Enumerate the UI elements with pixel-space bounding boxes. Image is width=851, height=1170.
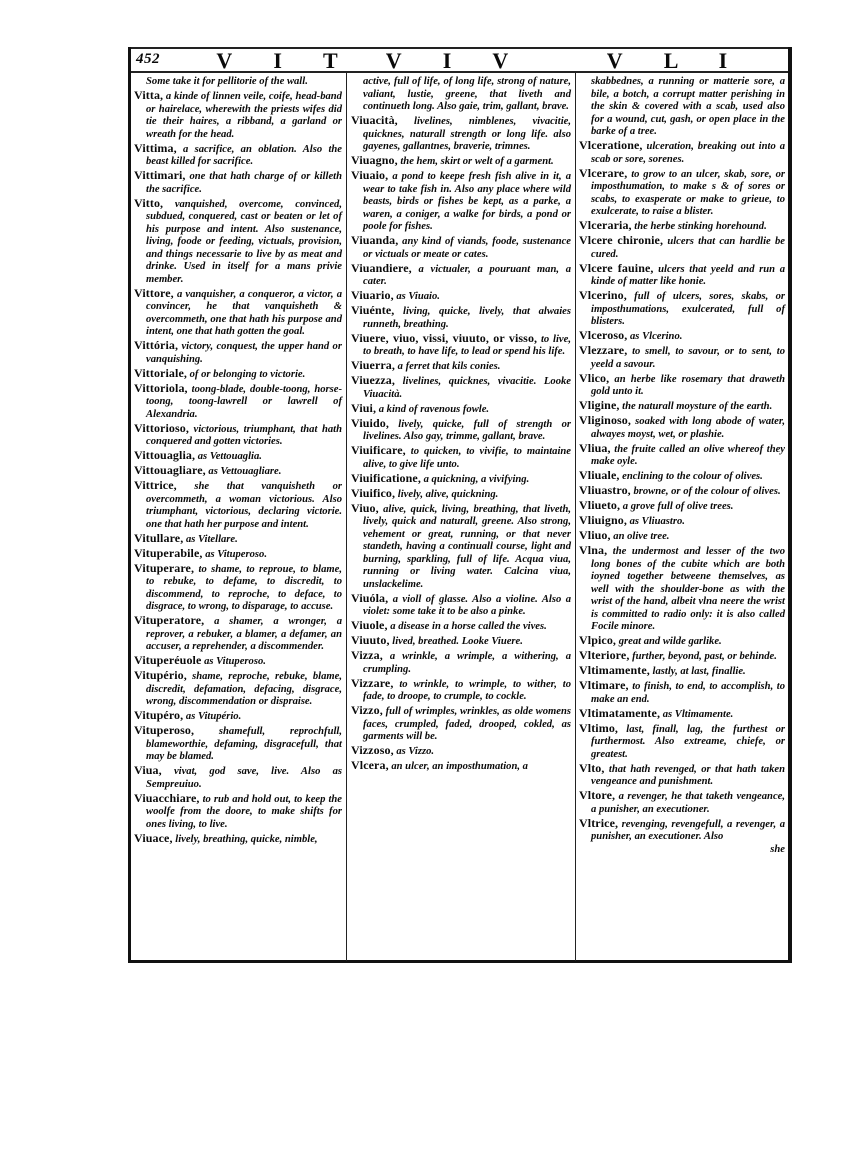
entry-headword: Vizza, [351,648,383,662]
column-1: Some take it for pellitorie of the wall.… [134,76,342,847]
entry-definition: the fruite called an olive whereof they … [591,444,785,468]
entry-definition: active, full of life, of long life, stro… [363,76,571,112]
entry-definition: a ferret that kils conies. [398,361,501,372]
dictionary-entry: Vittima, a sacrifice, an oblation. Also … [134,142,342,169]
entry-definition: further, beyond, past, or behinde. [632,651,777,662]
entry-headword: Vltimare, [579,678,629,692]
dictionary-entry: Vltimamente, lastly, at last, finallie. [579,664,785,679]
entry-headword: Viuerra, [351,358,395,372]
entry-headword: Viuido, [351,416,389,430]
dictionary-entry: Vittoriola, toong-blade, double-toong, h… [134,382,342,422]
dictionary-entry: Vitupéro, as Vitupério. [134,709,342,724]
dictionary-entry: Vittore, a vanquisher, a conqueror, a vi… [134,287,342,339]
dictionary-entry: Vligine, the naturall moysture of the ea… [579,399,785,414]
dictionary-entry: Vltore, a revenger, he that taketh venge… [579,789,785,816]
dictionary-entry: Viuificatione, a quickning, a vivifying. [351,472,571,487]
dictionary-entry: Vitullare, as Vitellare. [134,532,342,547]
entry-definition: alive, quick, living, breathing, that li… [363,504,571,590]
dictionary-entry: Vituperatore, a shamer, a wronger, a rep… [134,614,342,654]
catchword: she [579,844,785,857]
entry-headword: Viuacchiare, [134,791,200,805]
dictionary-entry: Vituperabile, as Vituperoso. [134,547,342,562]
entry-definition: lived, breathed. Looke Viuere. [392,636,523,647]
entry-definition: an ulcer, an imposthumation, a [391,761,528,772]
entry-headword: Vltimatamente, [579,706,660,720]
entry-headword: Viuaio, [351,168,388,182]
entry-headword: Viuanda, [351,233,398,247]
entry-headword: Vitto, [134,196,163,210]
entry-definition: a pond to keepe fresh fish alive in it, … [363,171,571,232]
entry-headword: Vittouaglia, [134,448,195,462]
entry-definition: skabbednes, a running or matterie sore, … [591,76,785,137]
dictionary-entry: Viuere, viuo, vissi, viuuto, or visso, t… [351,332,571,359]
entry-definition: as Vituperoso. [204,656,266,667]
dictionary-entry: Vituperare, to shame, to reproue, to bla… [134,562,342,614]
entry-headword: Viuificare, [351,443,406,457]
entry-definition: full of wrimples, wrinkles, as olde wome… [363,706,571,742]
entry-headword: Vituperatore, [134,613,204,627]
running-head-1: V I T [211,48,361,74]
dictionary-entry: Vlcerino, full of ulcers, sores, skabs, … [579,289,785,329]
dictionary-entry: Viuole, a disease in a horse called the … [351,619,571,634]
dictionary-entry: active, full of life, of long life, stro… [351,76,571,114]
entry-headword: Viuo, [351,501,379,515]
entry-definition: a violl of glasse. Also a violine. Also … [363,594,571,618]
entry-definition: vanquished, overcome, convinced, subdued… [146,199,342,285]
dictionary-entry: Vittorioso, victorious, triumphant, that… [134,422,342,449]
dictionary-entry: Vliginoso, soaked with long abode of wat… [579,414,785,441]
entry-definition: a disease in a horse called the vives. [390,621,547,632]
dictionary-entry: Vlto, that hath revenged, or that hath t… [579,762,785,789]
entry-headword: Vittória, [134,338,178,352]
entry-headword: Vlcere fauine, [579,261,654,275]
dictionary-entry: Vlceroso, as Vlcerino. [579,329,785,344]
entry-headword: Vituperare, [134,561,194,575]
dictionary-entry: Viuaio, a pond to keepe fresh fish alive… [351,169,571,234]
entry-headword: Vltimo, [579,721,618,735]
entry-definition: revenging, revengefull, a revenger, a pu… [591,819,785,843]
entry-headword: Vituperéuole [134,653,201,667]
entry-headword: Vittimari, [134,168,186,182]
entry-definition: to wrinkle, to wrimple, to wither, to fa… [363,679,571,703]
entry-headword: Vittrice, [134,478,177,492]
entry-definition: lively, alive, quickning. [398,489,499,500]
dictionary-entry: Viuacità, livelines, nimblenes, vivaciti… [351,114,571,154]
entry-definition: as Vettouagliare. [208,466,281,477]
entry-headword: Viuóla, [351,591,388,605]
page-header: 452 V I T V I V V L I [131,49,788,71]
entry-headword: Vliuigno, [579,513,627,527]
dictionary-entry: Viuifico, lively, alive, quickning. [351,487,571,502]
entry-headword: Vlteriore, [579,648,629,662]
entry-headword: Vlezzare, [579,343,627,357]
entry-definition: a grove full of olive trees. [623,501,734,512]
running-head-3: V L I [601,48,751,74]
entry-definition: as Vlcerino. [630,331,682,342]
entry-definition: as Vettouaglia. [198,451,262,462]
entry-headword: Vituperoso, [134,723,194,737]
right-border-rule [788,47,792,963]
entry-definition: last, finall, lag, the furthest or furth… [591,724,785,760]
dictionary-entry: Vliuastro, browne, or of the colour of o… [579,484,785,499]
entry-headword: Vlceraria, [579,218,632,232]
entry-definition: Some take it for pellitorie of the wall. [146,76,308,87]
page-number: 452 [136,51,160,68]
left-border-rule [128,47,131,963]
dictionary-entry: Vlcere chironie, ulcers that can hardlie… [579,234,785,261]
dictionary-entry: Vliuale, enclining to the colour of oliv… [579,469,785,484]
running-head-2: V I V [381,48,531,74]
entry-headword: Viuacità, [351,113,398,127]
dictionary-entry: Vizza, a wrinkle, a wrimple, a withering… [351,649,571,676]
entry-headword: Viuandiere, [351,261,412,275]
entry-headword: Viuagno, [351,153,398,167]
entry-headword: Vizzare, [351,676,393,690]
entry-headword: Vliueto, [579,498,620,512]
entry-headword: Vltore, [579,788,615,802]
entry-definition: an olive tree. [613,531,669,542]
entry-headword: Vlna, [579,543,607,557]
entry-headword: Vliuo, [579,528,611,542]
column-3: skabbednes, a running or matterie sore, … [579,76,785,857]
dictionary-entry: Vlpico, great and wilde garlike. [579,634,785,649]
dictionary-entry: Vittouagliare, as Vettouagliare. [134,464,342,479]
entry-definition: that hath revenged, or that hath taken v… [591,764,785,788]
dictionary-entry: Vliueto, a grove full of olive trees. [579,499,785,514]
column-divider-2 [575,73,576,961]
entry-headword: Vizzo, [351,703,383,717]
dictionary-entry: Viua, vivat, god save, live. Also as Sem… [134,764,342,791]
dictionary-entry: Vizzo, full of wrimples, wrinkles, as ol… [351,704,571,744]
dictionary-entry: Vlcere fauine, ulcers that yeeld and run… [579,262,785,289]
dictionary-entry: Vltimatamente, as Vltimamente. [579,707,785,722]
dictionary-entry: Viuacchiare, to rub and hold out, to kee… [134,792,342,832]
column-2: active, full of life, of long life, stro… [351,76,571,774]
entry-headword: Vittoriola, [134,381,188,395]
entry-headword: Vlcerino, [579,288,627,302]
entry-headword: Viui, [351,401,376,415]
entry-definition: a vanquisher, a conqueror, a victor, a c… [146,289,342,338]
entry-definition: an herbe like rosemary that draweth gold… [591,374,785,398]
bottom-rule [128,960,792,963]
dictionary-entry: Vitta, a kinde of linnen veile, coife, h… [134,89,342,141]
entry-headword: Vittore, [134,286,174,300]
dictionary-page: 452 V I T V I V V L I Some take it for p… [128,47,793,963]
entry-definition: living, quicke, lively, that alwaies run… [363,306,571,330]
entry-headword: Vitullare, [134,531,183,545]
entry-headword: Vitupério, [134,668,187,682]
entry-headword: Vittoriale, [134,366,187,380]
dictionary-entry: Some take it for pellitorie of the wall. [134,76,342,89]
dictionary-entry: Viuanda, any kind of viands, foode, sust… [351,234,571,261]
entry-headword: Vitta, [134,88,163,102]
dictionary-entry: skabbednes, a running or matterie sore, … [579,76,785,139]
entry-headword: Viuifico, [351,486,395,500]
entry-headword: Vituperabile, [134,546,203,560]
entry-definition: the naturall moysture of the earth. [622,401,772,412]
entry-definition: the undermost and lesser of the two long… [591,546,785,632]
dictionary-entry: Viuandiere, a victualer, a pouruant man,… [351,262,571,289]
entry-definition: as Viuaio. [396,291,440,302]
entry-definition: a kinde of linnen veile, coife, head-ban… [146,91,342,140]
dictionary-entry: Viuuto, lived, breathed. Looke Viuere. [351,634,571,649]
dictionary-entry: Vlcerare, to grow to an ulcer, skab, sor… [579,167,785,219]
dictionary-entry: Vltimare, to finish, to end, to accompli… [579,679,785,706]
entry-definition: vivat, god save, live. Also as Sempreuiu… [146,766,342,790]
entry-definition: lively, breathing, quicke, nimble, [175,834,317,845]
entry-definition: enclining to the colour of olives. [622,471,763,482]
dictionary-entry: Vltrice, revenging, revengefull, a reven… [579,817,785,844]
entry-headword: Vliuastro, [579,483,631,497]
entry-definition: lively, quicke, full of strength or live… [363,419,571,443]
entry-headword: Vltimamente, [579,663,650,677]
entry-headword: Viuace, [134,831,173,845]
dictionary-entry: Vlico, an herbe like rosemary that drawe… [579,372,785,399]
entry-headword: Vittima, [134,141,177,155]
entry-headword: Vlceratione, [579,138,643,152]
entry-headword: Viuole, [351,618,388,632]
entry-definition: as Vitupério. [186,711,241,722]
dictionary-entry: Viuo, alive, quick, living, breathing, t… [351,502,571,592]
dictionary-entry: Viuerra, a ferret that kils conies. [351,359,571,374]
entry-headword: Vltrice, [579,816,618,830]
dictionary-entry: Vittrice, she that vanquisheth or overco… [134,479,342,531]
dictionary-entry: Viuido, lively, quicke, full of strength… [351,417,571,444]
dictionary-entry: Viuario, as Viuaio. [351,289,571,304]
entry-definition: lastly, at last, finallie. [653,666,746,677]
entry-headword: Viuario, [351,288,394,302]
entry-headword: Vlceroso, [579,328,627,342]
entry-headword: Vlcerare, [579,166,627,180]
dictionary-entry: Vitto, vanquished, overcome, convinced, … [134,197,342,287]
entry-headword: Vitupéro, [134,708,183,722]
dictionary-entry: Vittoriale, of or belonging to victorie. [134,367,342,382]
column-divider-1 [346,73,347,961]
dictionary-entry: Vltimo, last, finall, lag, the furthest … [579,722,785,762]
entry-headword: Vizzoso, [351,743,394,757]
dictionary-entry: Vizzoso, as Vizzo. [351,744,571,759]
entry-headword: Vittouagliare, [134,463,206,477]
dictionary-entry: Viuace, lively, breathing, quicke, nimbl… [134,832,342,847]
entry-definition: a revenger, he that taketh vengeance, a … [591,791,785,815]
entry-headword: Viuuto, [351,633,390,647]
dictionary-entry: Vlceratione, ulceration, breaking out in… [579,139,785,166]
entry-headword: Vliuale, [579,468,619,482]
dictionary-entry: Vlteriore, further, beyond, past, or beh… [579,649,785,664]
dictionary-entry: Vliuigno, as Vliuastro. [579,514,785,529]
dictionary-entry: Vizzare, to wrinkle, to wrimple, to with… [351,677,571,704]
dictionary-entry: Vituperoso, shamefull, reprochfull, blam… [134,724,342,764]
dictionary-entry: Viui, a kind of ravenous fowle. [351,402,571,417]
dictionary-entry: Viuezza, livelines, quicknes, vivacitie.… [351,374,571,401]
dictionary-entry: Vittimari, one that hath charge of or ki… [134,169,342,196]
entry-headword: Vlcera, [351,758,389,772]
entry-headword: Viuénte, [351,303,394,317]
dictionary-entry: Vlezzare, to smell, to savour, or to sen… [579,344,785,371]
entry-definition: as Vltimamente. [663,709,734,720]
entry-definition: a wrinkle, a wrimple, a withering, a cru… [363,651,571,675]
dictionary-entry: Vittória, victory, conquest, the upper h… [134,339,342,366]
entry-definition: of or belonging to victorie. [190,369,306,380]
dictionary-entry: Vittouaglia, as Vettouaglia. [134,449,342,464]
entry-definition: as Vliuastro. [630,516,685,527]
entry-definition: livelines, quicknes, vivacitie. Looke Vi… [363,376,571,400]
entry-headword: Vliginoso, [579,413,631,427]
entry-definition: as Vituperoso. [205,549,267,560]
dictionary-entry: Vliua, the fruite called an olive whereo… [579,442,785,469]
dictionary-entry: Viuificare, to quicken, to vivifie, to m… [351,444,571,471]
entry-headword: Viua, [134,763,162,777]
entry-headword: Vligine, [579,398,619,412]
dictionary-entry: Vlna, the undermost and lesser of the tw… [579,544,785,634]
dictionary-entry: Viuagno, the hem, skirt or welt of a gar… [351,154,571,169]
entry-headword: Viuificatione, [351,471,421,485]
entry-definition: a quickning, a vivifying. [424,474,530,485]
dictionary-entry: Vituperéuole as Vituperoso. [134,654,342,669]
entry-headword: Vittorioso, [134,421,189,435]
entry-definition: as Vitellare. [186,534,238,545]
entry-headword: Vliua, [579,441,611,455]
entry-headword: Viuere, viuo, vissi, viuuto, or visso, [351,331,537,345]
dictionary-entry: Viuénte, living, quicke, lively, that al… [351,304,571,331]
entry-headword: Vlto, [579,761,605,775]
entry-definition: the herbe stinking horehound. [634,221,766,232]
dictionary-entry: Vlcera, an ulcer, an imposthumation, a [351,759,571,774]
dictionary-entry: Vliuo, an olive tree. [579,529,785,544]
entry-definition: as Vizzo. [396,746,434,757]
entry-definition: a kind of ravenous fowle. [379,404,489,415]
dictionary-entry: Vitupério, shame, reproche, rebuke, blam… [134,669,342,709]
dictionary-entry: Vlceraria, the herbe stinking horehound. [579,219,785,234]
entry-definition: the hem, skirt or welt of a garment. [400,156,553,167]
entry-headword: Vlpico, [579,633,616,647]
entry-definition: great and wilde garlike. [619,636,722,647]
dictionary-entry: Viuóla, a violl of glasse. Also a violin… [351,592,571,619]
entry-headword: Viuezza, [351,373,395,387]
entry-headword: Vlcere chironie, [579,233,663,247]
entry-headword: Vlico, [579,371,609,385]
entry-definition: browne, or of the colour of olives. [633,486,780,497]
